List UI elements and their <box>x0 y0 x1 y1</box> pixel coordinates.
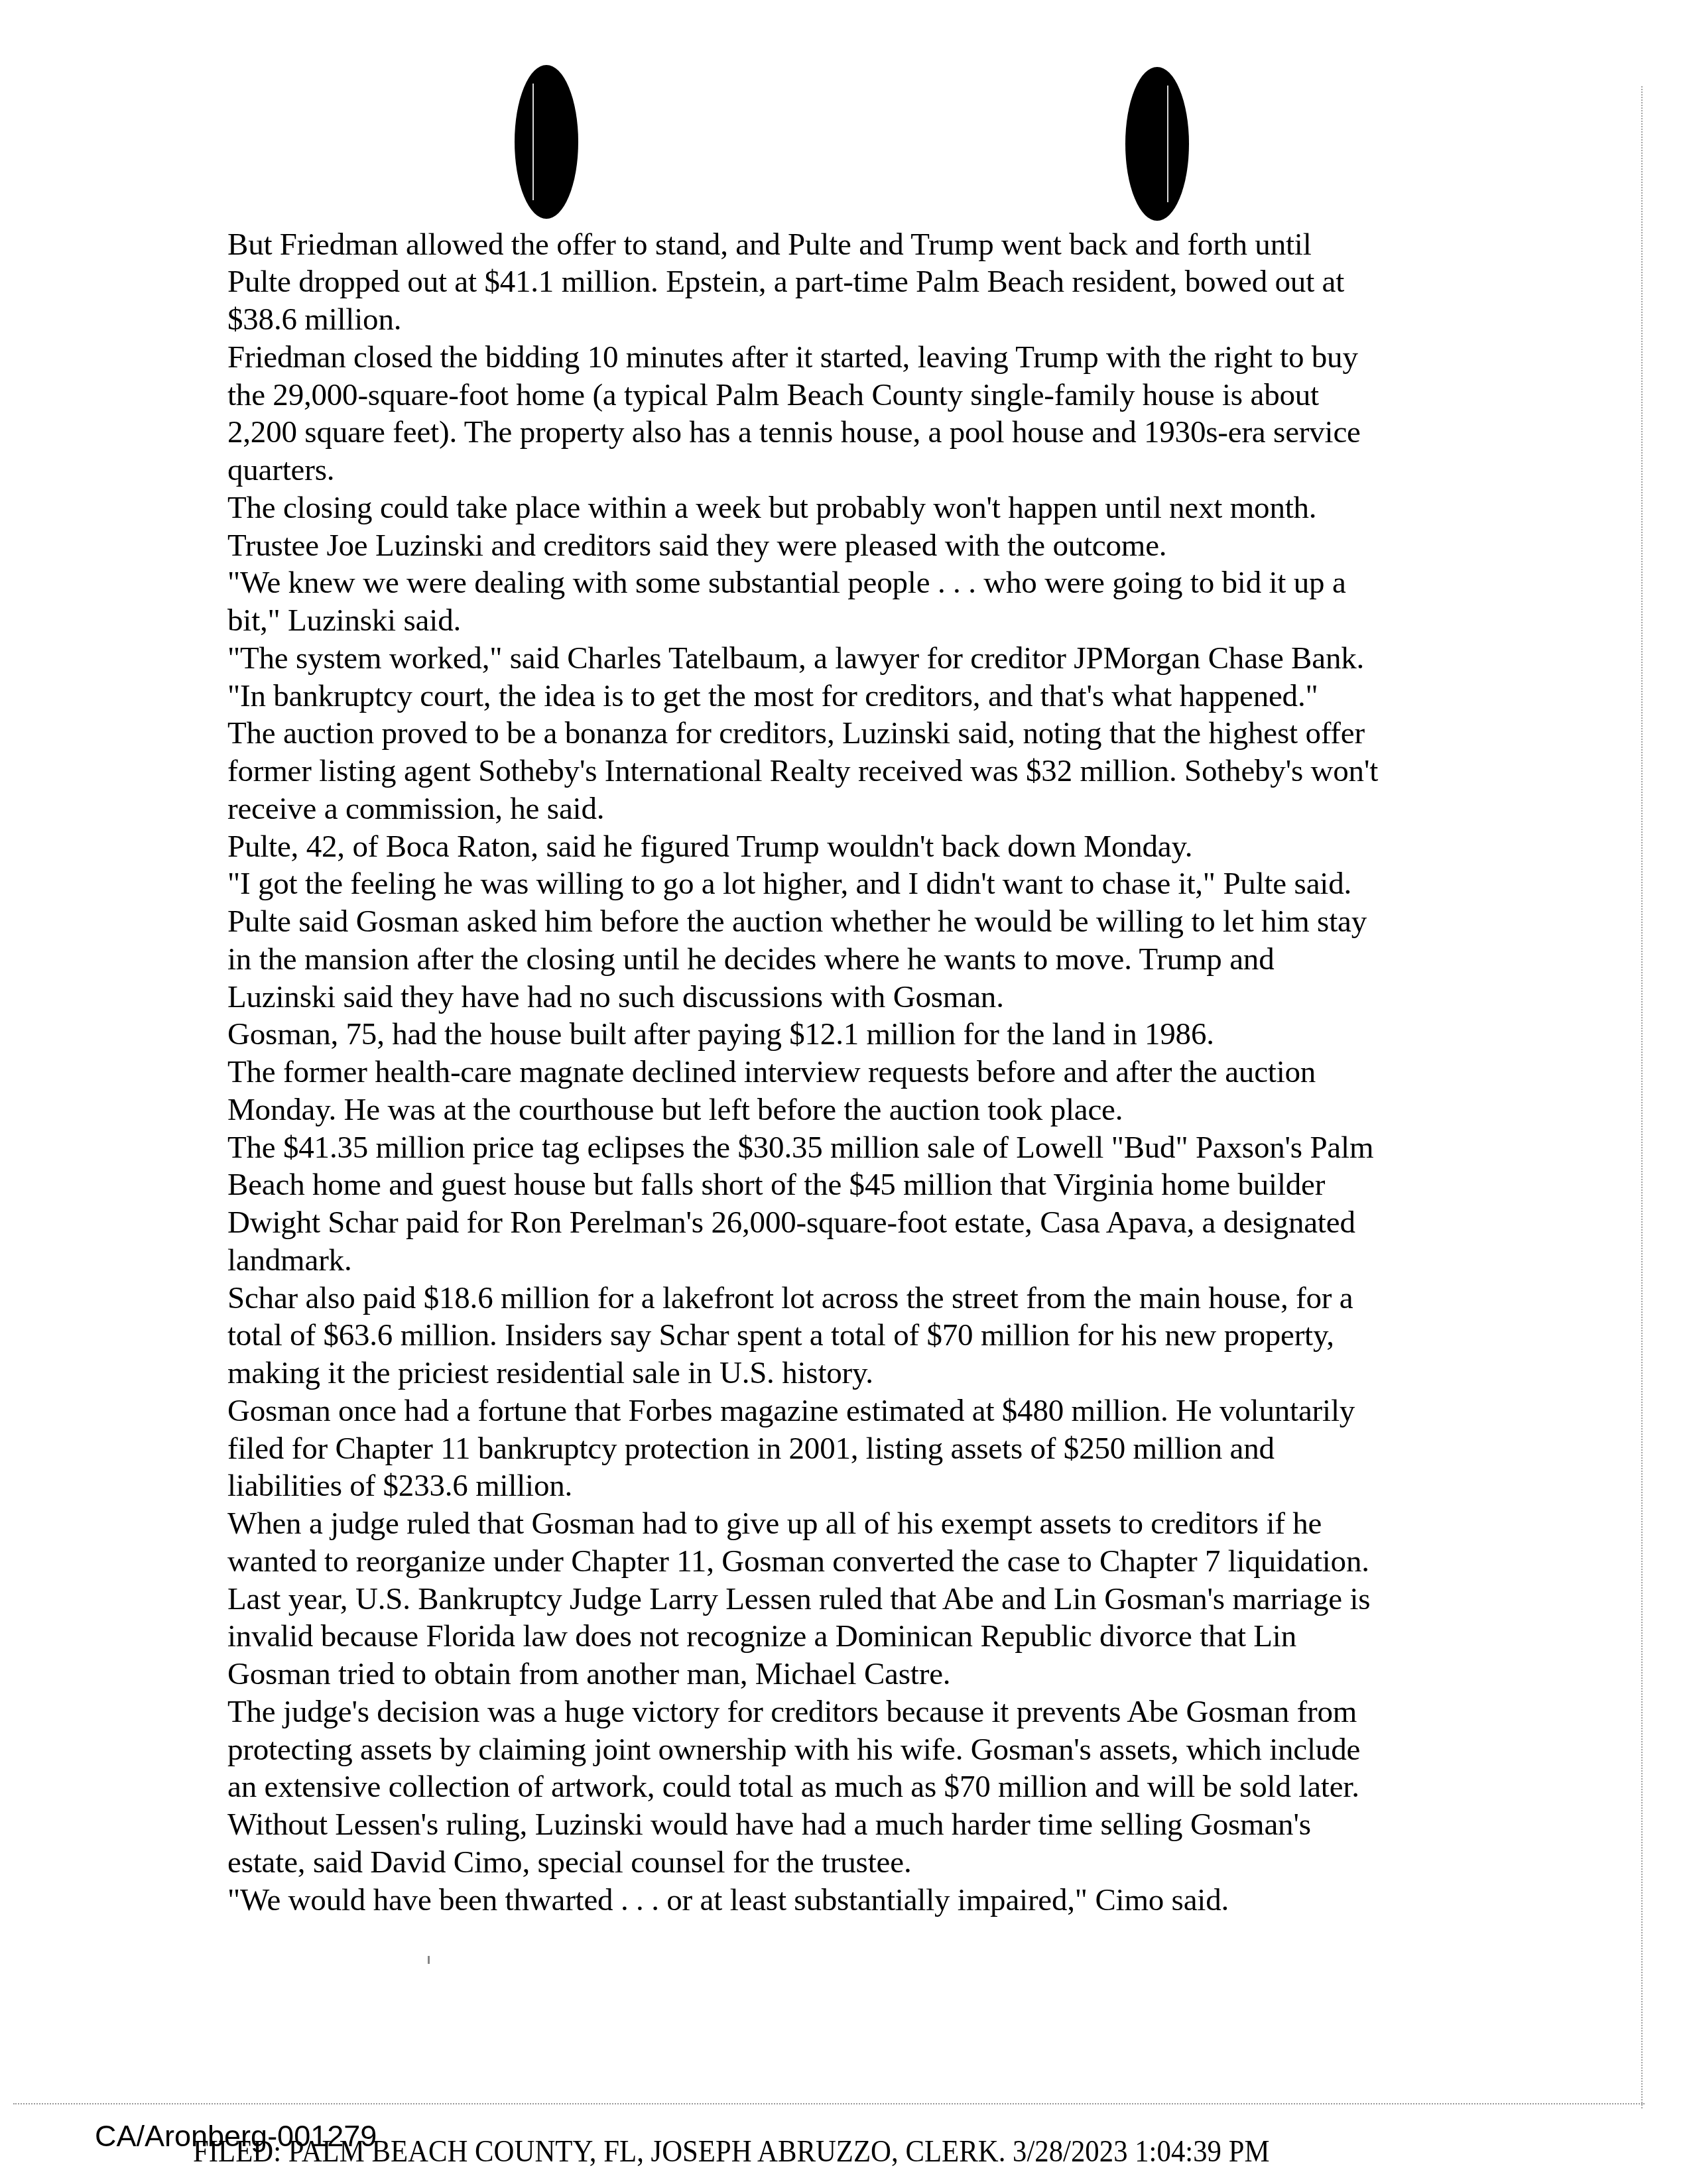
article-line: Friedman closed the bidding 10 minutes a… <box>227 339 1358 376</box>
scan-edge-mark <box>1641 86 1643 2108</box>
article-line: Dwight Schar paid for Ron Perelman's 26,… <box>227 1204 1355 1241</box>
article-line: receive a commission, he said. <box>227 790 604 827</box>
scan-bottom-rule <box>13 2103 1645 2104</box>
article-line: Gosman, 75, had the house built after pa… <box>227 1016 1214 1053</box>
article-line: Pulte said Gosman asked him before the a… <box>227 903 1367 940</box>
article-line: Gosman tried to obtain from another man,… <box>227 1656 950 1693</box>
article-line: landmark. <box>227 1242 351 1279</box>
article-line: But Friedman allowed the offer to stand,… <box>227 226 1312 263</box>
article-line: filed for Chapter 11 bankruptcy protecti… <box>227 1430 1275 1467</box>
article-line: wanted to reorganize under Chapter 11, G… <box>227 1543 1369 1580</box>
article-line: an extensive collection of artwork, coul… <box>227 1768 1359 1805</box>
article-line: The former health-care magnate declined … <box>227 1054 1316 1091</box>
article-line: invalid because Florida law does not rec… <box>227 1618 1296 1655</box>
article-line: quarters. <box>227 452 334 489</box>
article-line: "We knew we were dealing with some subst… <box>227 564 1346 601</box>
article-line: protecting assets by claiming joint owne… <box>227 1731 1360 1768</box>
article-line: Pulte dropped out at $41.1 million. Epst… <box>227 263 1344 300</box>
article-line: in the mansion after the closing until h… <box>227 941 1274 978</box>
article-line: The closing could take place within a we… <box>227 489 1316 526</box>
scan-speck <box>428 1956 430 1964</box>
article-line: $38.6 million. <box>227 301 401 338</box>
article-line: Beach home and guest house but falls sho… <box>227 1166 1325 1203</box>
article-line: Schar also paid $18.6 million for a lake… <box>227 1280 1353 1317</box>
article-line: 2,200 square feet). The property also ha… <box>227 414 1361 451</box>
article-line: "In bankruptcy court, the idea is to get… <box>227 678 1318 715</box>
article-line: liabilities of $233.6 million. <box>227 1467 572 1504</box>
article-line: Pulte, 42, of Boca Raton, said he figure… <box>227 828 1192 865</box>
punch-hole-left <box>515 65 578 219</box>
article-line: The judge's decision was a huge victory … <box>227 1693 1357 1730</box>
article-line: "We would have been thwarted . . . or at… <box>227 1882 1229 1919</box>
article-line: making it the priciest residential sale … <box>227 1355 873 1392</box>
article-line: Trustee Joe Luzinski and creditors said … <box>227 527 1166 564</box>
article-line: The auction proved to be a bonanza for c… <box>227 715 1365 752</box>
article-line: Last year, U.S. Bankruptcy Judge Larry L… <box>227 1581 1370 1618</box>
article-line: "I got the feeling he was willing to go … <box>227 865 1351 902</box>
article-line: former listing agent Sotheby's Internati… <box>227 753 1378 790</box>
article-line: total of $63.6 million. Insiders say Sch… <box>227 1317 1334 1354</box>
article-line: "The system worked," said Charles Tatelb… <box>227 640 1364 677</box>
article-line: Luzinski said they have had no such disc… <box>227 979 1004 1016</box>
article-line: estate, said David Cimo, special counsel… <box>227 1844 911 1881</box>
article-line: Without Lessen's ruling, Luzinski would … <box>227 1806 1311 1843</box>
article-line: Monday. He was at the courthouse but lef… <box>227 1091 1123 1128</box>
article-line: the 29,000-square-foot home (a typical P… <box>227 377 1319 414</box>
punch-hole-right <box>1125 67 1189 221</box>
bates-number: CA/Aronberg-001279 <box>95 2120 377 2152</box>
article-line: When a judge ruled that Gosman had to gi… <box>227 1505 1322 1542</box>
article-line: Gosman once had a fortune that Forbes ma… <box>227 1392 1355 1429</box>
article-line: The $41.35 million price tag eclipses th… <box>227 1129 1373 1166</box>
article-line: bit," Luzinski said. <box>227 602 461 639</box>
